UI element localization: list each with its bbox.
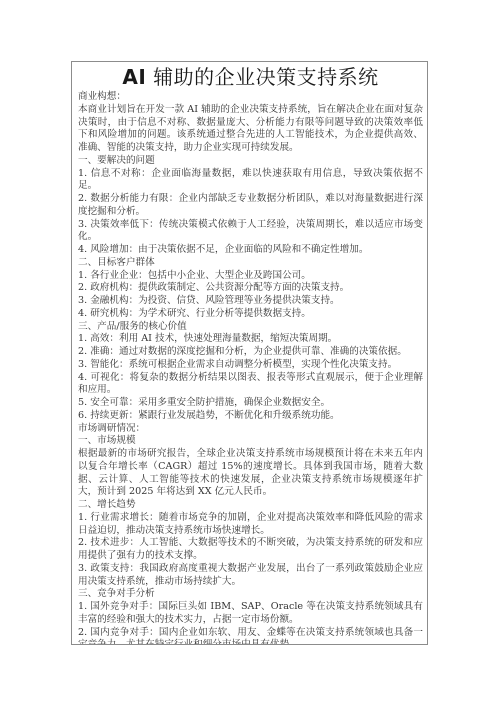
growth-item: 3. 政策支持：我国政府高度重视大数据产业发展，出台了一系列政策鼓励企业应用决策… xyxy=(78,563,423,589)
value-item: 6. 持续更新：紧跟行业发展趋势，不断优化和升级系统功能。 xyxy=(78,410,423,423)
value-item: 3. 智能化：系统可根据企业需求自动调整分析模型，实现个性化决策支持。 xyxy=(78,359,423,372)
customer-item: 3. 金融机构：为投资、信贷、风险管理等业务提供决策支持。 xyxy=(78,295,423,308)
page-title: AI 辅助的企业决策支持系统 xyxy=(78,64,423,90)
problem-item: 2. 数据分析能力有限：企业内部缺乏专业数据分析团队，难以对海量数据进行深度挖掘… xyxy=(78,193,423,219)
section-heading-growth: 二、增长趋势 xyxy=(78,499,423,512)
value-item: 4. 可视化：将复杂的数据分析结果以图表、报表等形式直观展示，便于企业理解和应用… xyxy=(78,372,423,398)
title-prefix: AI xyxy=(122,65,146,89)
value-item: 2. 准确：通过对数据的深度挖掘和分析，为企业提供可靠、准确的决策依据。 xyxy=(78,346,423,359)
problem-item: 3. 决策效率低下：传统决策模式依赖于人工经验，决策周期长，难以适应市场变化。 xyxy=(78,219,423,245)
section-heading-competitors: 三、竞争对手分析 xyxy=(78,588,423,601)
section-heading-value: 三、产品/服务的核心价值 xyxy=(78,321,423,334)
problem-item: 1. 信息不对称：企业面临海量数据，难以快速获取有用信息，导致决策依据不足。 xyxy=(78,168,423,194)
value-item: 5. 安全可靠：采用多重安全防护措施，确保企业数据安全。 xyxy=(78,397,423,410)
market-size-body: 根据最新的市场研究报告，全球企业决策支持系统市场规模预计将在未来五年内以复合年增… xyxy=(78,448,423,499)
section-heading-customers: 二、目标客户群体 xyxy=(78,257,423,270)
customer-item: 2. 政府机构：提供政策制定、公共资源分配等方面的决策支持。 xyxy=(78,282,423,295)
problem-item: 4. 风险增加：由于决策依据不足，企业面临的风险和不确定性增加。 xyxy=(78,244,423,257)
concept-heading: 商业构想： xyxy=(78,91,423,104)
growth-item: 2. 技术进步：人工智能、大数据等技术的不断突破，为决策支持系统的研发和应用提供… xyxy=(78,537,423,563)
value-item: 1. 高效：利用 AI 技术，快速处理海量数据，缩短决策周期。 xyxy=(78,333,423,346)
title-rest: 辅助的企业决策支持系统 xyxy=(146,65,378,89)
growth-item: 1. 行业需求增长：随着市场竞争的加剧，企业对提高决策效率和降低风险的需求日益迫… xyxy=(78,512,423,538)
research-heading: 市场调研情况： xyxy=(78,423,423,436)
competitor-item: 2. 国内竞争对手：国内企业如东软、用友、金蝶等在决策支持系统领域也具备一定竞争… xyxy=(78,627,423,646)
document-frame: AI 辅助的企业决策支持系统 商业构想： 本商业计划旨在开发一款 AI 辅助的企… xyxy=(71,61,428,645)
customer-item: 1. 各行业企业：包括中小企业、大型企业及跨国公司。 xyxy=(78,270,423,283)
customer-item: 4. 研究机构：为学术研究、行业分析等提供数据支持。 xyxy=(78,308,423,321)
section-heading-problems: 一、要解决的问题 xyxy=(78,155,423,168)
section-heading-market-size: 一、市场规模 xyxy=(78,435,423,448)
competitor-item: 1. 国外竞争对手：国际巨头如 IBM、SAP、Oracle 等在决策支持系统领… xyxy=(78,601,423,627)
concept-body: 本商业计划旨在开发一款 AI 辅助的企业决策支持系统，旨在解决企业在面对复杂决策… xyxy=(78,104,423,155)
